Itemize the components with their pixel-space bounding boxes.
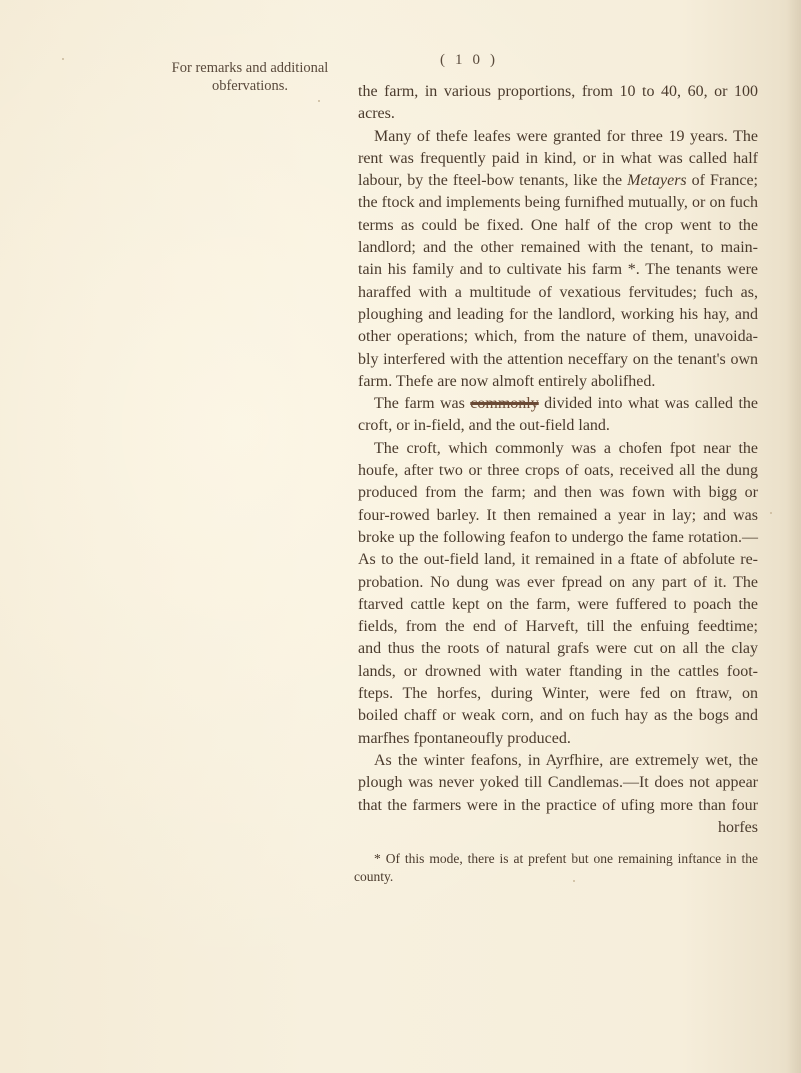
paper-speck bbox=[318, 100, 320, 102]
text-line: The croft, which commonly was a chofen f… bbox=[358, 438, 758, 460]
text-line: landlord; and the other remained with th… bbox=[358, 237, 758, 259]
paper-speck bbox=[573, 880, 575, 882]
body-text: the farm, in various proportions, from 1… bbox=[358, 81, 758, 839]
text-line: lands, or drowned with water ftanding in… bbox=[358, 661, 758, 683]
page-number-close-paren: ) bbox=[490, 52, 505, 68]
text-line: ploughing and leading for the landlord, … bbox=[358, 304, 758, 326]
text-line: haraffed with a multitude of vexatious f… bbox=[358, 282, 758, 304]
page-number: (10) bbox=[440, 52, 505, 69]
text-line: * Of this mode, there is at prefent but … bbox=[354, 850, 758, 868]
paper-speck bbox=[62, 58, 64, 60]
paper-speck bbox=[362, 157, 364, 159]
text-line: bly interfered with the attention neceff… bbox=[358, 349, 758, 371]
text-line: farm. Thefe are now almoft entirely abol… bbox=[358, 371, 758, 393]
text-line: probation. No dung was ever fpread on an… bbox=[358, 572, 758, 594]
margin-note-line: obfervations. bbox=[150, 77, 350, 95]
text-line: rent was frequently paid in kind, or in … bbox=[358, 148, 758, 170]
text-line: acres. bbox=[358, 103, 758, 125]
text-line: produced from the farm; and then was fow… bbox=[358, 482, 758, 504]
paper-speck bbox=[770, 512, 772, 514]
text-line: fteps. The horfes, during Winter, were f… bbox=[358, 683, 758, 705]
text-line: other operations; which, from the nature… bbox=[358, 326, 758, 348]
text-line: marfhes fpontaneoufly produced. bbox=[358, 728, 758, 750]
text-line: broke up the following feafon to undergo… bbox=[358, 527, 758, 549]
struck-out-word: commonly bbox=[470, 395, 538, 412]
text-line: county. bbox=[354, 868, 758, 886]
text-line: Many of thefe leafes were granted for th… bbox=[358, 126, 758, 148]
text-line: ftarved cattle kept on the farm, were fu… bbox=[358, 594, 758, 616]
text-line: croft, or in-field, and the out-field la… bbox=[358, 415, 758, 437]
text-run: labour, by the fteel-bow tenants, like t… bbox=[358, 172, 627, 189]
page-edge-shadow bbox=[787, 0, 801, 1073]
footnote: * Of this mode, there is at prefent but … bbox=[354, 850, 758, 886]
text-line: As to the out-field land, it remained in… bbox=[358, 549, 758, 571]
book-page: For remarks and additional obfervations.… bbox=[0, 0, 801, 1073]
text-line: boiled chaff or weak corn, and on fuch h… bbox=[358, 705, 758, 727]
text-line: tain his family and to cultivate his far… bbox=[358, 259, 758, 281]
text-line: The farm was commonly divided into what … bbox=[358, 393, 758, 415]
text-line: plough was never yoked till Candlemas.—I… bbox=[358, 772, 758, 794]
text-run: The farm was bbox=[374, 395, 470, 412]
text-line: As the winter feafons, in Ayrfhire, are … bbox=[358, 750, 758, 772]
text-run: divided into what was called the bbox=[539, 395, 758, 412]
text-run: of France; bbox=[687, 172, 758, 189]
italic-term: Metayers bbox=[627, 172, 687, 189]
margin-note-line: For remarks and additional bbox=[150, 59, 350, 77]
text-line: terms as could be fixed. One half of the… bbox=[358, 215, 758, 237]
page-number-value: 10 bbox=[455, 52, 490, 68]
text-line: the ftock and implements being furnifhed… bbox=[358, 192, 758, 214]
text-line: that the farmers were in the practice of… bbox=[358, 795, 758, 817]
text-line: houfe, after two or three crops of oats,… bbox=[358, 460, 758, 482]
text-line: the farm, in various proportions, from 1… bbox=[358, 81, 758, 103]
text-line: fields, from the end of Harveft, till th… bbox=[358, 616, 758, 638]
text-line: four-rowed barley. It then remained a ye… bbox=[358, 505, 758, 527]
page-number-open-paren: ( bbox=[440, 52, 455, 68]
margin-note: For remarks and additional obfervations. bbox=[150, 59, 350, 95]
text-line: horfes bbox=[358, 817, 758, 839]
text-line: labour, by the fteel-bow tenants, like t… bbox=[358, 170, 758, 192]
text-line: and thus the roots of natural grafs were… bbox=[358, 638, 758, 660]
